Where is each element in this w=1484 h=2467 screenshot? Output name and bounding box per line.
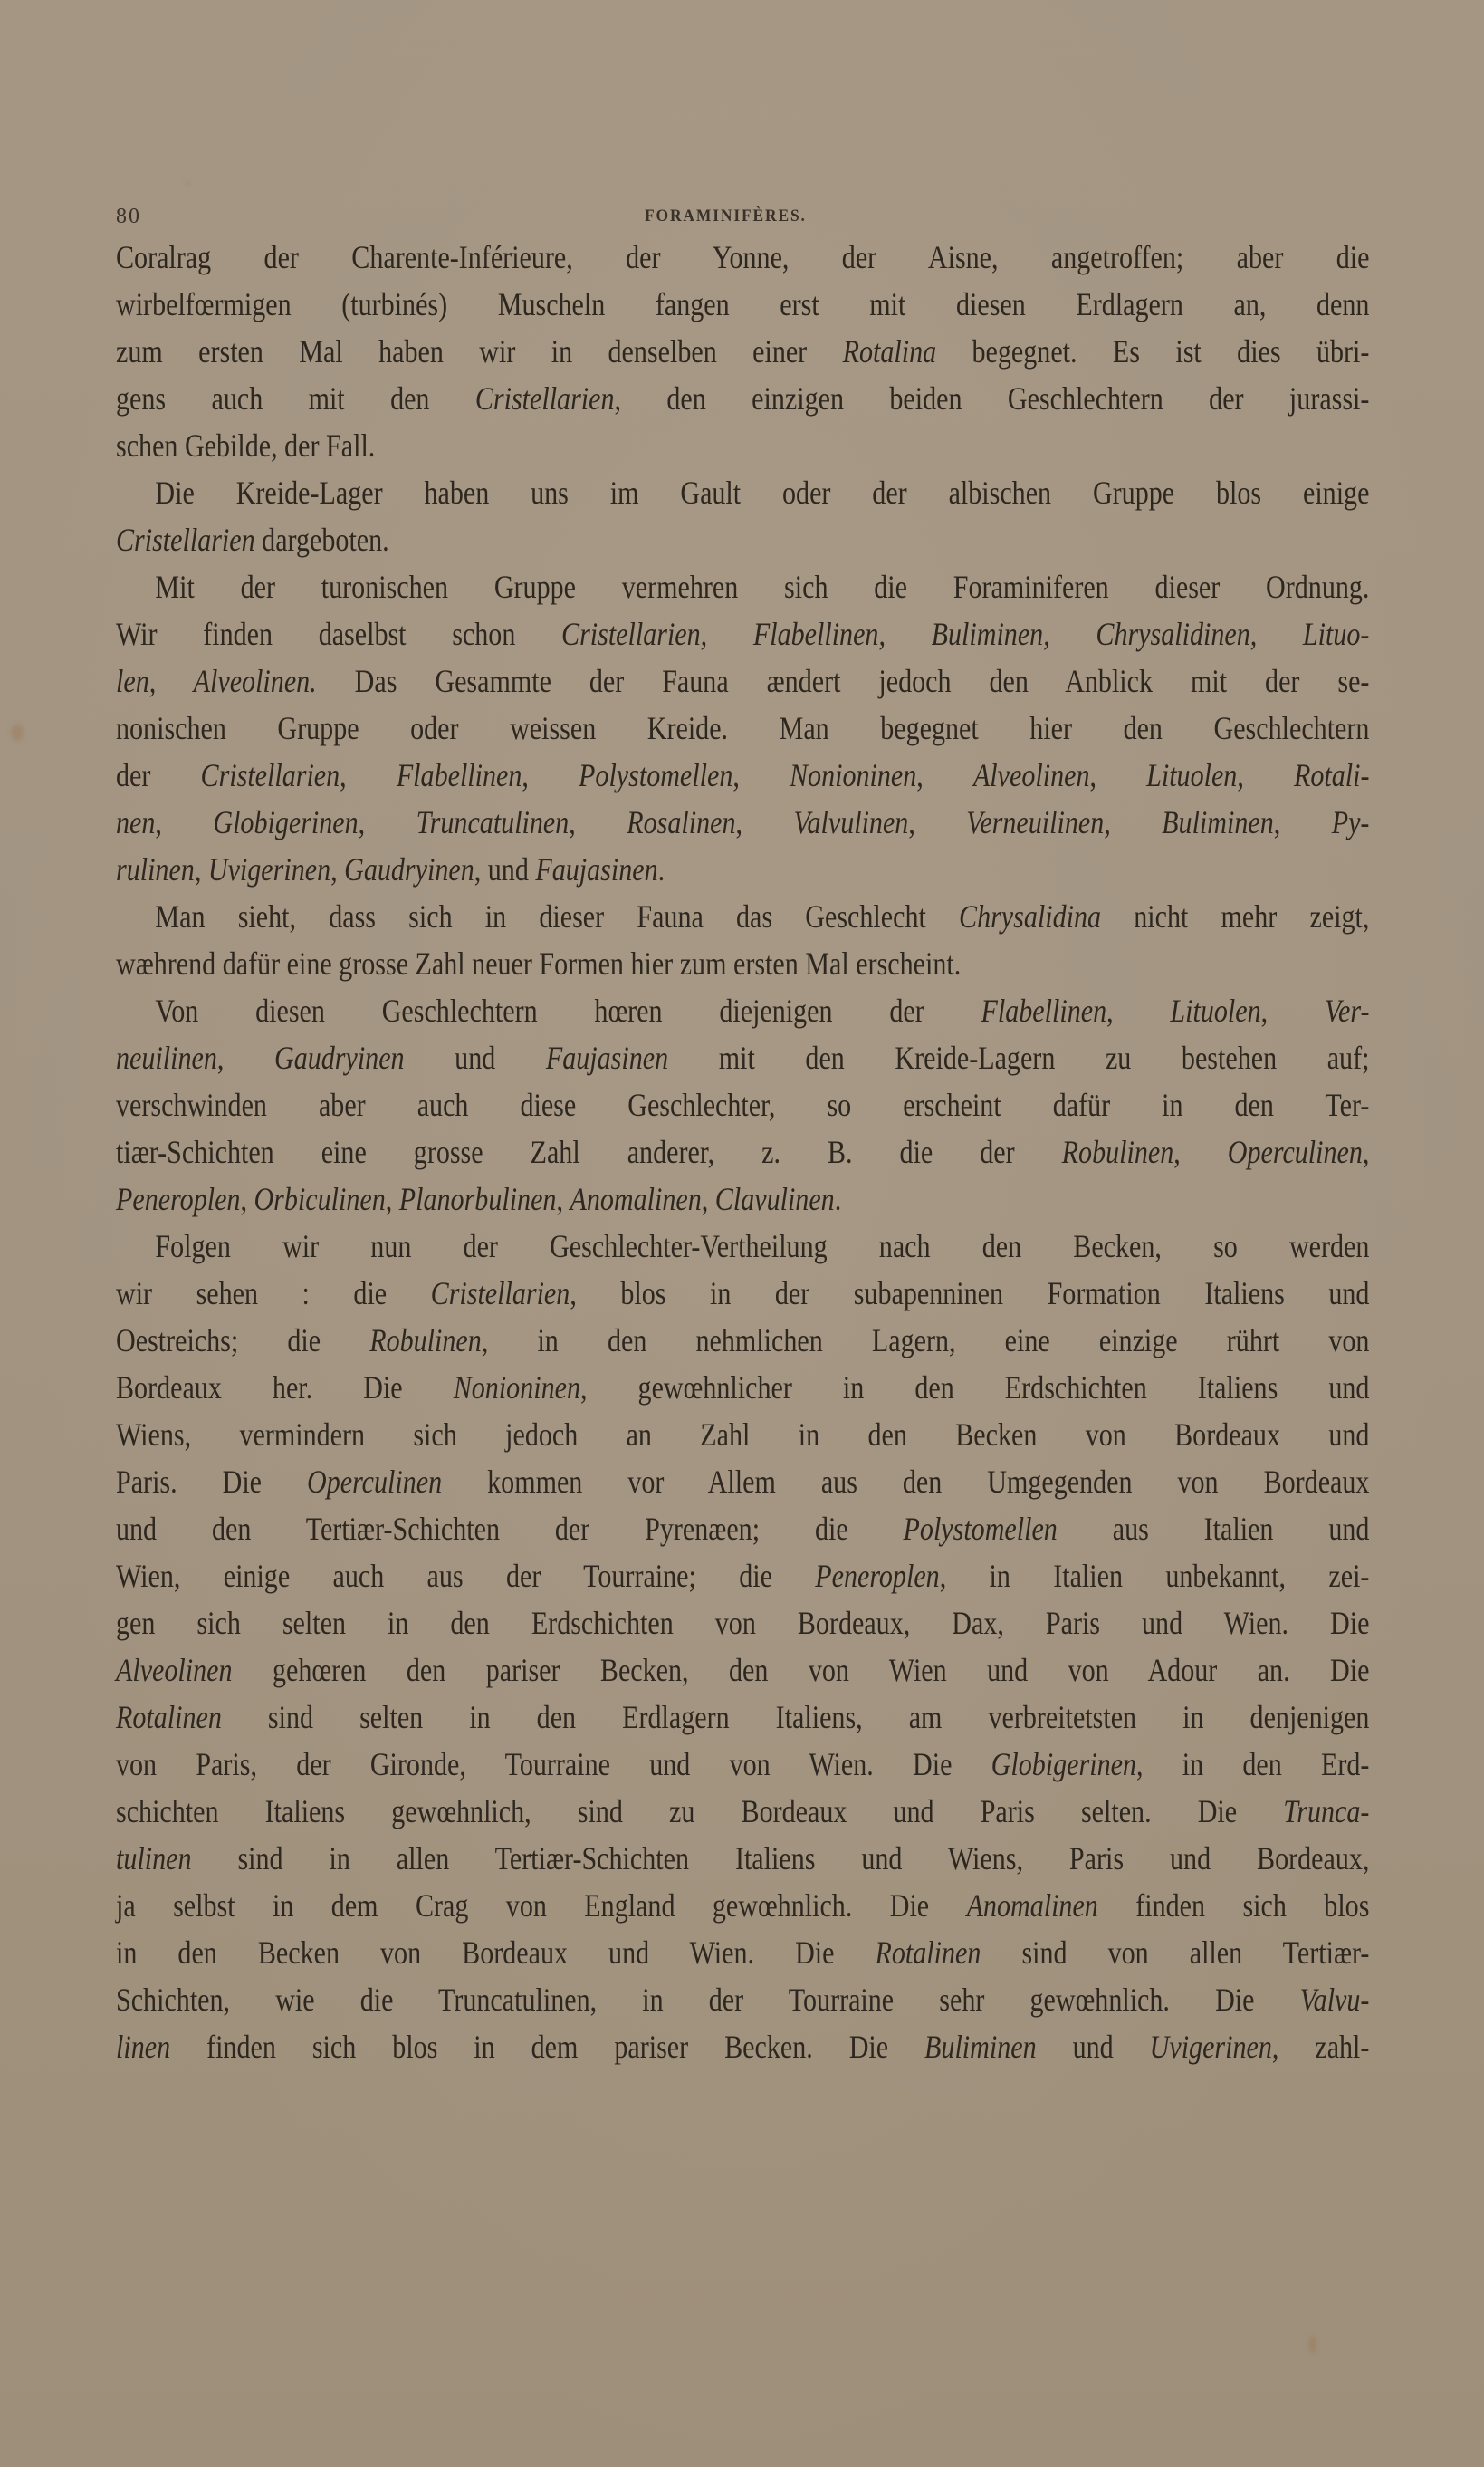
text-run: Das Gesammte der Fauna ændert jedoch den… <box>317 663 1370 699</box>
genus-name: Globigerinen <box>991 1746 1136 1782</box>
text-line: wæhrend dafür eine grosse Zahl neuer For… <box>116 940 1369 987</box>
text-run: , <box>1274 804 1332 840</box>
text-line: Alveolinen gehœren den pariser Becken, d… <box>116 1646 1369 1694</box>
genus-name: Ver- <box>1325 993 1369 1029</box>
genus-name: rulinen <box>116 851 195 888</box>
text-line: Paris. Die Operculinen kommen vor Allem … <box>116 1458 1369 1505</box>
text-run: , <box>1363 1134 1370 1170</box>
genus-name: Rosalinen <box>627 804 735 840</box>
text-run: sind selten in den Erdlagern Italiens, a… <box>222 1699 1370 1735</box>
genus-name: Cristellarien <box>116 522 255 558</box>
genus-name: Orbiculinen <box>254 1181 385 1217</box>
text-line: nen, Globigerinen, Truncatulinen, Rosali… <box>116 799 1369 846</box>
genus-name: Trunca- <box>1283 1793 1369 1829</box>
text-run: Bordeaux her. Die <box>116 1369 454 1406</box>
text-line: schichten Italiens gewœhnlich, sind zu B… <box>116 1788 1369 1835</box>
paper-stain <box>11 725 24 741</box>
genus-name: Uvigerinen <box>1150 2029 1272 2065</box>
genus-name: linen <box>116 2029 170 2065</box>
genus-name: Valvu- <box>1300 1982 1370 2018</box>
paragraph: Man sieht, dass sich in dieser Fauna das… <box>116 893 1369 987</box>
text-line: Mit der turonischen Gruppe vermehren sic… <box>116 563 1369 610</box>
text-run: , <box>1104 804 1162 840</box>
paragraph: Coralrag der Charente-Inférieure, der Yo… <box>116 234 1369 469</box>
text-run: Wir finden daselbst schon <box>116 616 561 652</box>
text-run: , <box>916 757 973 793</box>
text-run: , und <box>474 851 536 888</box>
text-run: , <box>359 804 416 840</box>
genus-name: Rotalina <box>843 333 937 370</box>
text-line: tulinen sind in allen Tertiær-Schichten … <box>116 1835 1369 1882</box>
text-run: Mit der turonischen Gruppe vermehren sic… <box>155 569 1369 605</box>
text-run: , gewœhnlicher in den Erdschichten Itali… <box>580 1369 1369 1406</box>
genus-name: Buliminen <box>924 2029 1037 2065</box>
text-line: Rotalinen sind selten in den Erdlagern I… <box>116 1694 1369 1741</box>
paragraph: Mit der turonischen Gruppe vermehren sic… <box>116 563 1369 893</box>
text-line: ja selbst in dem Crag von England gewœhn… <box>116 1882 1369 1929</box>
genus-name: Flabellinen <box>981 993 1107 1029</box>
genus-name: Polystomellen <box>579 757 732 793</box>
genus-name: Cristellarien <box>475 380 615 417</box>
text-line: tiær-Schichten eine grosse Zahl anderer,… <box>116 1128 1369 1176</box>
text-line: Folgen wir nun der Geschlechter-Vertheil… <box>116 1223 1369 1270</box>
text-run: Die Kreide-Lager haben uns im Gault oder… <box>155 475 1369 511</box>
text-line: in den Becken von Bordeaux und Wien. Die… <box>116 1929 1369 1976</box>
genus-name: Rotalinen <box>876 1934 981 1971</box>
text-line: Die Kreide-Lager haben uns im Gault oder… <box>116 469 1369 516</box>
text-run: Schichten, wie die Truncatulinen, in der… <box>116 1982 1300 2018</box>
text-line: Cristellarien dargeboten. <box>116 516 1369 563</box>
genus-name: Buliminen <box>1162 804 1274 840</box>
genus-name: Robulinen <box>1062 1134 1174 1170</box>
genus-name: len, Alveolinen. <box>116 663 317 699</box>
text-line: rulinen, Uvigerinen, Gaudryinen, und Fau… <box>116 846 1369 893</box>
text-run: verschwinden aber auch diese Geschlechte… <box>116 1087 1369 1123</box>
genus-name: Peneroplen <box>116 1181 240 1217</box>
text-run: ja selbst in dem Crag von England gewœhn… <box>116 1887 967 1924</box>
text-run: nonischen Gruppe oder weissen Kreide. Ma… <box>116 710 1369 746</box>
genus-name: tulinen <box>116 1840 191 1877</box>
text-run: , <box>735 804 793 840</box>
genus-name: Operculinen <box>1228 1134 1363 1170</box>
genus-name: Peneroplen <box>815 1558 939 1594</box>
body-text: Coralrag der Charente-Inférieure, der Yo… <box>116 234 1369 2070</box>
text-run: . <box>658 851 665 888</box>
page-number: 80 <box>116 205 141 229</box>
text-run: Von diesen Geschlechtern hœren diejenige… <box>155 993 981 1029</box>
genus-name: Verneuilinen <box>966 804 1104 840</box>
text-run: Folgen wir nun der Geschlechter-Vertheil… <box>155 1228 1369 1264</box>
genus-name: Uvigerinen <box>208 851 330 888</box>
text-line: linen finden sich blos in dem pariser Be… <box>116 2023 1369 2070</box>
text-run: schen Gebilde, der Fall. <box>116 427 375 464</box>
text-run: Man sieht, dass sich in dieser Fauna das… <box>155 898 959 935</box>
genus-name: Truncatulinen <box>416 804 570 840</box>
text-run: , <box>1237 757 1294 793</box>
genus-name: Cristellarien, Flabellinen, Buliminen, C… <box>561 616 1369 652</box>
text-run: dargeboten. <box>255 522 389 558</box>
genus-name: Cristellarien <box>431 1275 570 1311</box>
text-line: schen Gebilde, der Fall. <box>116 422 1369 469</box>
genus-name: Faujasinen <box>535 851 657 888</box>
genus-name: Rotalinen <box>116 1699 222 1735</box>
text-run: in den Becken von Bordeaux und Wien. Die <box>116 1934 876 1971</box>
text-run: , <box>732 757 790 793</box>
genus-name: Alveolinen <box>116 1652 233 1688</box>
genus-name: Gaudryinen <box>344 851 474 888</box>
text-run: , den einzigen beiden Geschlechtern der … <box>614 380 1369 417</box>
text-run: , <box>1261 993 1325 1029</box>
text-run: , <box>556 1181 570 1217</box>
text-run: gens auch mit den <box>116 380 475 417</box>
text-line: von Paris, der Gironde, Tourraine und vo… <box>116 1741 1369 1788</box>
genus-name: Robulinen <box>369 1322 482 1358</box>
genus-name: Lituolen <box>1170 993 1260 1029</box>
genus-name: Polystomellen <box>904 1511 1058 1547</box>
genus-name: Operculinen <box>307 1464 442 1500</box>
text-run: zum ersten Mal haben wir in denselben ei… <box>116 333 843 370</box>
paragraph: Folgen wir nun der Geschlechter-Vertheil… <box>116 1223 1369 2070</box>
text-run: , <box>1173 1134 1228 1170</box>
text-run: , <box>1089 757 1146 793</box>
genus-name: Py- <box>1332 804 1370 840</box>
text-line: zum ersten Mal haben wir in denselben ei… <box>116 328 1369 375</box>
text-run: finden sich blos <box>1098 1887 1370 1924</box>
text-run: , <box>195 851 208 888</box>
paper-stain <box>1309 2337 1316 2353</box>
genus-name: neuilinen <box>116 1040 217 1076</box>
text-line: der Cristellarien, Flabellinen, Polystom… <box>116 752 1369 799</box>
text-run: sind von allen Tertiær- <box>981 1934 1369 1971</box>
genus-name: Lituolen <box>1146 757 1237 793</box>
text-run: Wiens, vermindern sich jedoch an Zahl in… <box>116 1416 1369 1453</box>
text-line: Wir finden daselbst schon Cristellarien,… <box>116 610 1369 658</box>
text-run: nicht mehr zeigt, <box>1101 898 1369 935</box>
genus-name: Valvulinen <box>793 804 908 840</box>
text-run: und <box>1037 2029 1150 2065</box>
text-run: der <box>116 757 201 793</box>
text-line: Wien, einige auch aus der Tourraine; die… <box>116 1552 1369 1599</box>
genus-name: Alveolinen <box>973 757 1090 793</box>
genus-name: Faujasinen <box>546 1040 668 1076</box>
book-page: 80 FORAMINIFÈRES. Coralrag der Charente-… <box>116 197 1369 2070</box>
text-run: aus Italien und <box>1058 1511 1370 1547</box>
text-line: Schichten, wie die Truncatulinen, in der… <box>116 1976 1369 2023</box>
text-run: , <box>702 1181 715 1217</box>
text-run: wir sehen : die <box>116 1275 431 1311</box>
text-run: , <box>908 804 966 840</box>
text-run: . <box>835 1181 842 1217</box>
text-run: , <box>1106 993 1170 1029</box>
paragraph: Die Kreide-Lager haben uns im Gault oder… <box>116 469 1369 563</box>
text-run: finden sich blos in dem pariser Becken. … <box>170 2029 924 2065</box>
genus-name: Rotali- <box>1294 757 1369 793</box>
text-line: Bordeaux her. Die Nonioninen, gewœhnlich… <box>116 1364 1369 1411</box>
text-run: , <box>386 1181 399 1217</box>
text-line: Man sieht, dass sich in dieser Fauna das… <box>116 893 1369 940</box>
genus-name: Anomalinen <box>967 1887 1098 1924</box>
genus-name: Chrysalidina <box>959 898 1101 935</box>
text-run: , zahl- <box>1272 2029 1370 2065</box>
text-line: gens auch mit den Cristellarien, den ein… <box>116 375 1369 422</box>
text-line: verschwinden aber auch diese Geschlechte… <box>116 1081 1369 1128</box>
text-line: neuilinen, Gaudryinen und Faujasinen mit… <box>116 1034 1369 1081</box>
text-run: Paris. Die <box>116 1464 307 1500</box>
text-run: , in Italien unbekannt, zei- <box>940 1558 1370 1594</box>
text-run: , blos in der subapenninen Formation Ita… <box>570 1275 1369 1311</box>
text-line: gen sich selten in den Erdschichten von … <box>116 1599 1369 1646</box>
text-run: kommen vor Allem aus den Umgegenden von … <box>442 1464 1369 1500</box>
paper-stain <box>186 181 189 185</box>
text-run: , in den nehmlichen Lagern, eine einzige… <box>482 1322 1370 1358</box>
text-run: und <box>405 1040 546 1076</box>
text-run: und den Tertiær-Schichten der Pyrenæen; … <box>116 1511 904 1547</box>
text-line: Von diesen Geschlechtern hœren diejenige… <box>116 987 1369 1034</box>
text-line: Oestreichs; die Robulinen, in den nehmli… <box>116 1317 1369 1364</box>
genus-name: Flabellinen <box>397 757 522 793</box>
text-line: und den Tertiær-Schichten der Pyrenæen; … <box>116 1505 1369 1552</box>
text-run: , <box>155 804 213 840</box>
running-head: 80 FORAMINIFÈRES. <box>116 197 1369 234</box>
text-run: tiær-Schichten eine grosse Zahl anderer,… <box>116 1134 1062 1170</box>
genus-name: Anomalinen <box>570 1181 701 1217</box>
genus-name: Gaudryinen <box>274 1040 405 1076</box>
genus-name: Planorbulinen <box>399 1181 557 1217</box>
text-run: begegnet. Es ist dies übri- <box>936 333 1369 370</box>
genus-name: nen <box>116 804 155 840</box>
genus-name: Nonioninen <box>454 1369 580 1406</box>
text-run: sind in allen Tertiær-Schichten Italiens… <box>191 1840 1369 1877</box>
text-run: , <box>522 757 579 793</box>
text-run: von Paris, der Gironde, Tourraine und vo… <box>116 1746 991 1782</box>
text-line: Wiens, vermindern sich jedoch an Zahl in… <box>116 1411 1369 1458</box>
text-line: len, Alveolinen. Das Gesammte der Fauna … <box>116 658 1369 705</box>
text-line: nonischen Gruppe oder weissen Kreide. Ma… <box>116 705 1369 752</box>
genus-name: Nonioninen <box>790 757 916 793</box>
text-run: Oestreichs; die <box>116 1322 369 1358</box>
text-run: Coralrag der Charente-Inférieure, der Yo… <box>116 239 1369 275</box>
text-run: , <box>330 851 344 888</box>
text-run: , <box>340 757 397 793</box>
text-line: Coralrag der Charente-Inférieure, der Yo… <box>116 234 1369 281</box>
text-run: , <box>240 1181 254 1217</box>
genus-name: Cristellarien <box>201 757 340 793</box>
text-run: Wien, einige auch aus der Tourraine; die <box>116 1558 815 1594</box>
genus-name: Clavulinen <box>715 1181 835 1217</box>
text-run: , in den Erd- <box>1136 1746 1369 1782</box>
text-line: Peneroplen, Orbiculinen, Planorbulinen, … <box>116 1176 1369 1223</box>
text-run: wirbelfœrmigen (turbinés) Muscheln fange… <box>116 286 1369 322</box>
text-run: gen sich selten in den Erdschichten von … <box>116 1605 1369 1641</box>
text-run: , <box>217 1040 274 1076</box>
genus-name: Globigerinen <box>213 804 358 840</box>
text-run: gehœren den pariser Becken, den von Wien… <box>233 1652 1370 1688</box>
running-head-title: FORAMINIFÈRES. <box>645 206 807 226</box>
text-line: wir sehen : die Cristellarien, blos in d… <box>116 1270 1369 1317</box>
text-run: , <box>569 804 627 840</box>
text-run: mit den Kreide-Lagern zu bestehen auf; <box>668 1040 1369 1076</box>
text-line: wirbelfœrmigen (turbinés) Muscheln fange… <box>116 281 1369 328</box>
paragraph: Von diesen Geschlechtern hœren diejenige… <box>116 987 1369 1223</box>
text-run: schichten Italiens gewœhnlich, sind zu B… <box>116 1793 1283 1829</box>
text-run: wæhrend dafür eine grosse Zahl neuer For… <box>116 946 961 982</box>
